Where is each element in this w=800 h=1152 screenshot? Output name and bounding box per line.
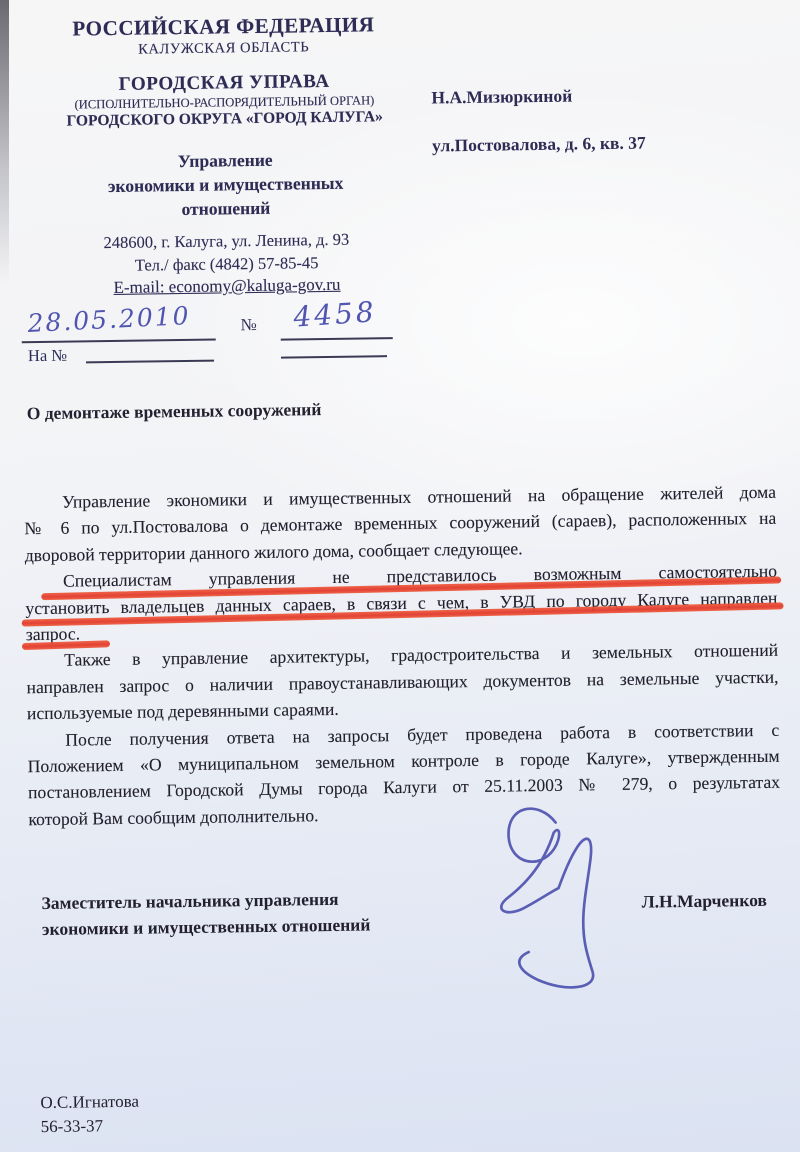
reply-to-label: На № xyxy=(28,346,67,367)
scanned-letter-page: РОССИЙСКАЯ ФЕДЕРАЦИЯ КАЛУЖСКАЯ ОБЛАСТЬ Г… xyxy=(0,0,800,1152)
reply-blank-line-right xyxy=(281,355,387,358)
letterhead-phone: Тел./ факс (4842) 57-85-45 xyxy=(37,252,417,277)
recipient-name: Н.А.Мизюркиной xyxy=(431,83,771,109)
number-label: № xyxy=(240,315,257,335)
number-blank-line xyxy=(281,337,393,341)
subject-line: О демонтаже временных сооружений xyxy=(27,396,527,424)
executor-name: О.С.Игнатова xyxy=(40,1092,139,1113)
signatory-title: Заместитель начальника управления эконом… xyxy=(41,885,442,942)
signatory-name: Л.Н.Марченков xyxy=(641,889,800,912)
letterhead-department: Управление экономики и имущественных отн… xyxy=(35,146,416,223)
handwritten-date: 28.05.2010 xyxy=(27,301,191,338)
letterhead-address: 248600, г. Калуга, ул. Ленина, д. 93 xyxy=(36,229,416,254)
letterhead-country: РОССИЙСКАЯ ФЕДЕРАЦИЯ xyxy=(33,12,413,42)
handwritten-number: 4458 xyxy=(292,295,377,333)
date-blank-line xyxy=(22,339,216,344)
recipient-address: ул.Постовалова, д. 6, кв. 37 xyxy=(432,131,772,157)
reply-blank-line xyxy=(86,360,214,364)
signatory-title-line2: экономики и имущественных отношений xyxy=(42,911,442,942)
signature-scribble xyxy=(472,795,635,1002)
executor-phone: 56-33-37 xyxy=(41,1116,104,1137)
letter-body: Управление экономики и имущественных отн… xyxy=(24,479,781,833)
